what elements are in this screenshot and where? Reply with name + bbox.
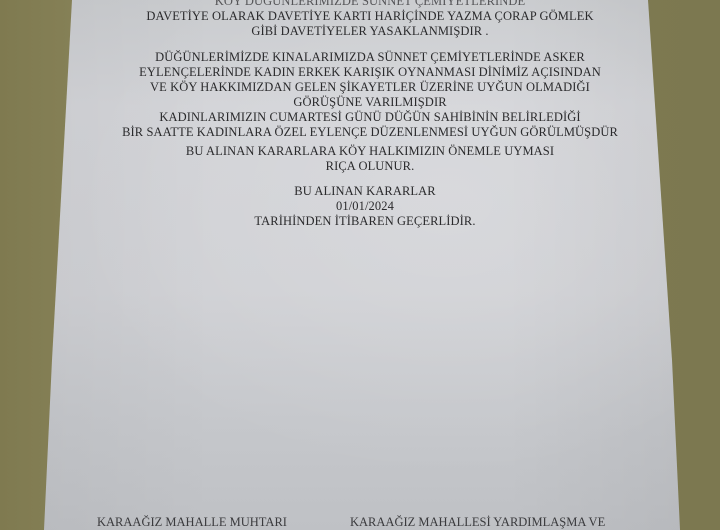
paragraph-request: BU ALINAN KARARLARA KÖY HALKIMIZIN ÖNEML…	[140, 144, 600, 174]
text-line: KADINLARIMIZIN CUMARTESİ GÜNÜ DÜĞÜN SAHİ…	[120, 110, 620, 125]
effective-date: 01/01/2024	[200, 199, 530, 214]
text-line: DAVETİYE OLARAK DAVETİYE KARTI HARİÇİNDE…	[120, 9, 620, 24]
signature-left: KARAAĞIZ MAHALLE MUHTARI	[97, 515, 287, 530]
text-line: GİBİ DAVETİYELER YASAKLANMIŞDIR .	[120, 24, 620, 39]
text-line: EYLENÇELERİNDE KADIN ERKEK KARIŞIK OYNAN…	[120, 65, 620, 80]
text-line: RIÇA OLUNUR.	[140, 159, 600, 174]
signature-right: KARAAĞIZ MAHALLESİ YARDIMLAŞMA VE	[350, 515, 605, 530]
text-line: BİR SAATTE KADINLARA ÖZEL EYLENÇE DÜZENL…	[120, 125, 620, 140]
paragraph-mixed-dancing: DÜĞÜNLERİMİZDE KINALARIMIZDA SÜNNET ÇEMİ…	[120, 50, 620, 110]
text-line: VE KÖY HAKKIMIZDAN GELEN ŞİKAYETLER ÜZER…	[120, 80, 620, 95]
text-line: BU ALINAN KARARLAR	[200, 184, 530, 199]
paragraph-invitations: KÖY DÜĞÜNLERİMİZDE SÜNNET ÇEMİYETLERİNDE…	[120, 0, 620, 39]
text-line: BU ALINAN KARARLARA KÖY HALKIMIZIN ÖNEML…	[140, 144, 600, 159]
text-line: KÖY DÜĞÜNLERİMİZDE SÜNNET ÇEMİYETLERİNDE	[120, 0, 620, 9]
text-line: GÖRÜŞÜNE VARILMIŞDIR	[120, 95, 620, 110]
paragraph-effective-date: BU ALINAN KARARLAR 01/01/2024 TARİHİNDEN…	[200, 184, 530, 229]
paragraph-women-event: KADINLARIMIZIN CUMARTESİ GÜNÜ DÜĞÜN SAHİ…	[120, 110, 620, 140]
text-line: DÜĞÜNLERİMİZDE KINALARIMIZDA SÜNNET ÇEMİ…	[120, 50, 620, 65]
text-line: TARİHİNDEN İTİBAREN GEÇERLİDİR.	[200, 214, 530, 229]
